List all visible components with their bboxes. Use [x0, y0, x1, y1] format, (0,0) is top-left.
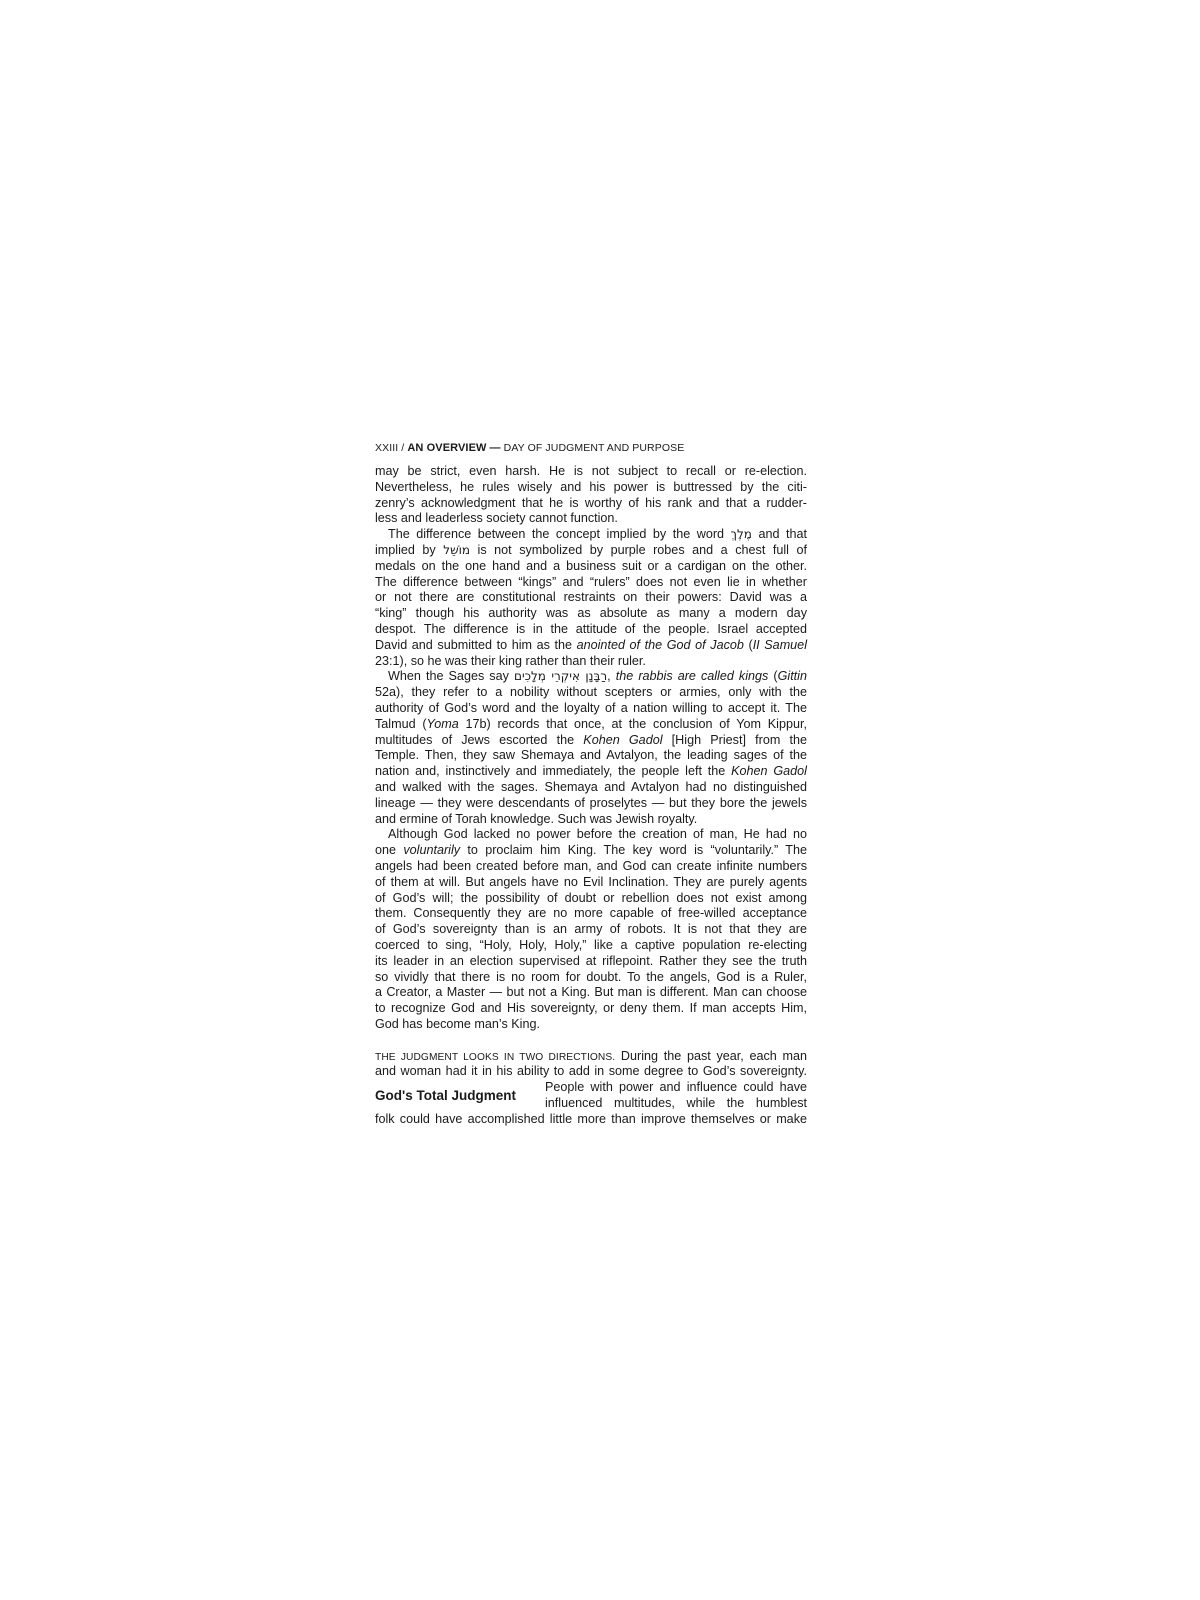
- text-span: [High Priest] from the: [663, 733, 808, 747]
- running-head-subtitle: DAY OF JUDGMENT AND PURPOSE: [504, 442, 685, 454]
- text-line: so vividly that there is no room for dou…: [375, 970, 807, 986]
- text-line: less and leaderless society cannot funct…: [375, 511, 807, 527]
- hebrew-word-melech: מֶלֶךְ: [731, 527, 752, 541]
- text-span: nation and, instinctively and immediatel…: [375, 764, 731, 778]
- sidehead-row: God's Total Judgment People with power a…: [375, 1080, 807, 1112]
- italic-citation: Yoma: [427, 717, 459, 731]
- section-lead-in: THE JUDGMENT LOOKS IN TWO DIRECTIONS.: [375, 1052, 615, 1063]
- text-line: 52a), they refer to a nobility without s…: [375, 685, 807, 701]
- text-line: Temple. Then, they saw Shemaya and Avtal…: [375, 748, 807, 764]
- running-head-separator: /: [401, 442, 404, 454]
- text-line: multitudes of Jews escorted the Kohen Ga…: [375, 733, 807, 749]
- text-line: zenry’s acknowledgment that he is worthy…: [375, 496, 807, 512]
- italic-emphasis: voluntarily: [403, 843, 460, 857]
- text-line: of God’s sovereignty than is an army of …: [375, 922, 807, 938]
- text-line: The difference between the concept impli…: [375, 527, 807, 543]
- text-span: is not symbolized by purple robes and a …: [470, 543, 807, 557]
- text-line: a Creator, a Master — but not a King. Bu…: [375, 985, 807, 1001]
- body-text: may be strict, even harsh. He is not sub…: [375, 464, 807, 1128]
- section-break: [375, 1033, 807, 1049]
- text-span: ,: [607, 669, 616, 683]
- paragraph-1: may be strict, even harsh. He is not sub…: [375, 464, 807, 527]
- text-line: coerced to sing, “Holy, Holy, Holy,” lik…: [375, 938, 807, 954]
- text-line: them. Consequently they are no more capa…: [375, 906, 807, 922]
- page-number: XXIII: [375, 442, 398, 454]
- text-span: multitudes of Jews escorted the: [375, 733, 583, 747]
- text-line: “king” though his authority was as absol…: [375, 606, 807, 622]
- text-line: God has become man’s King.: [375, 1017, 807, 1033]
- text-line: of them at will. But angels have no Evil…: [375, 875, 807, 891]
- running-head-title: AN OVERVIEW: [407, 442, 486, 454]
- text-line: People with power and influence could ha…: [545, 1080, 807, 1096]
- text-line: of God’s will; the possibility of doubt …: [375, 891, 807, 907]
- italic-term: Kohen Gadol: [583, 733, 662, 747]
- text-span: Talmud (: [375, 717, 427, 731]
- sidehead-lines: People with power and influence could ha…: [545, 1080, 807, 1112]
- text-span: (: [744, 638, 753, 652]
- text-line: implied by מוֹשֵׁל is not symbolized by …: [375, 543, 807, 559]
- text-line: and ermine of Torah knowledge. Such was …: [375, 812, 807, 828]
- text-line: influenced multitudes, while the humbles…: [545, 1096, 807, 1112]
- paragraph-2: The difference between the concept impli…: [375, 527, 807, 669]
- hebrew-word-moshel: מוֹשֵׁל: [443, 543, 470, 557]
- text-line: may be strict, even harsh. He is not sub…: [375, 464, 807, 480]
- text-span: During the past year, each man: [615, 1049, 807, 1063]
- text-line: THE JUDGMENT LOOKS IN TWO DIRECTIONS. Du…: [375, 1049, 807, 1065]
- running-head: XXIII / AN OVERVIEW — DAY OF JUDGMENT AN…: [375, 442, 807, 455]
- text-span: When the Sages say: [388, 669, 514, 683]
- italic-citation: anointed of the God of Jacob: [577, 638, 744, 652]
- paragraph-4: Although God lacked no power before the …: [375, 827, 807, 1032]
- paragraph-3: When the Sages say רַבָּנָן אִיקְרֵי מְל…: [375, 669, 807, 827]
- text-line: one voluntarily to proclaim him King. Th…: [375, 843, 807, 859]
- italic-citation: Gittin: [778, 669, 807, 683]
- text-line: medals on the one hand and a business su…: [375, 559, 807, 575]
- running-head-dash: —: [490, 442, 501, 454]
- text-line: to recognize God and His sovereignty, or…: [375, 1001, 807, 1017]
- text-line: angels had been created before man, and …: [375, 859, 807, 875]
- side-heading: God's Total Judgment: [375, 1088, 545, 1104]
- text-span: one: [375, 843, 403, 857]
- text-line: and walked with the sages. Shemaya and A…: [375, 780, 807, 796]
- italic-term: Kohen Gadol: [731, 764, 807, 778]
- text-line: Although God lacked no power before the …: [375, 827, 807, 843]
- text-span: implied by: [375, 543, 443, 557]
- text-span: David and submitted to him as the: [375, 638, 577, 652]
- hebrew-phrase: רַבָּנָן אִיקְרֵי מְלָכִים: [514, 669, 607, 683]
- text-line: its leader in an election supervised at …: [375, 954, 807, 970]
- text-line: despot. The difference is in the attitud…: [375, 622, 807, 638]
- section-judgment: THE JUDGMENT LOOKS IN TWO DIRECTIONS. Du…: [375, 1049, 807, 1128]
- italic-citation: II Samuel: [753, 638, 807, 652]
- text-line: Talmud (Yoma 17b) records that once, at …: [375, 717, 807, 733]
- text-line: Nevertheless, he rules wisely and his po…: [375, 480, 807, 496]
- text-line: The difference between “kings” and “rule…: [375, 575, 807, 591]
- text-span: The difference between the concept impli…: [388, 527, 731, 541]
- text-line: lineage — they were descendants of prose…: [375, 796, 807, 812]
- text-line: nation and, instinctively and immediatel…: [375, 764, 807, 780]
- text-line: and woman had it in his ability to add i…: [375, 1064, 807, 1080]
- italic-translation: the rabbis are called kings: [616, 669, 769, 683]
- text-line: folk could have accomplished little more…: [375, 1112, 807, 1128]
- text-span: (: [768, 669, 777, 683]
- text-span: and that: [752, 527, 807, 541]
- text-line: When the Sages say רַבָּנָן אִיקְרֵי מְל…: [375, 669, 807, 685]
- text-line: or not there are constitutional restrain…: [375, 590, 807, 606]
- text-line: 23:1), so he was their king rather than …: [375, 654, 807, 670]
- book-page: XXIII / AN OVERVIEW — DAY OF JUDGMENT AN…: [375, 442, 807, 1128]
- text-span: to proclaim him King. The key word is “v…: [460, 843, 807, 857]
- text-line: authority of God’s word and the loyalty …: [375, 701, 807, 717]
- text-span: 17b) records that once, at the conclusio…: [459, 717, 807, 731]
- text-line: David and submitted to him as the anoint…: [375, 638, 807, 654]
